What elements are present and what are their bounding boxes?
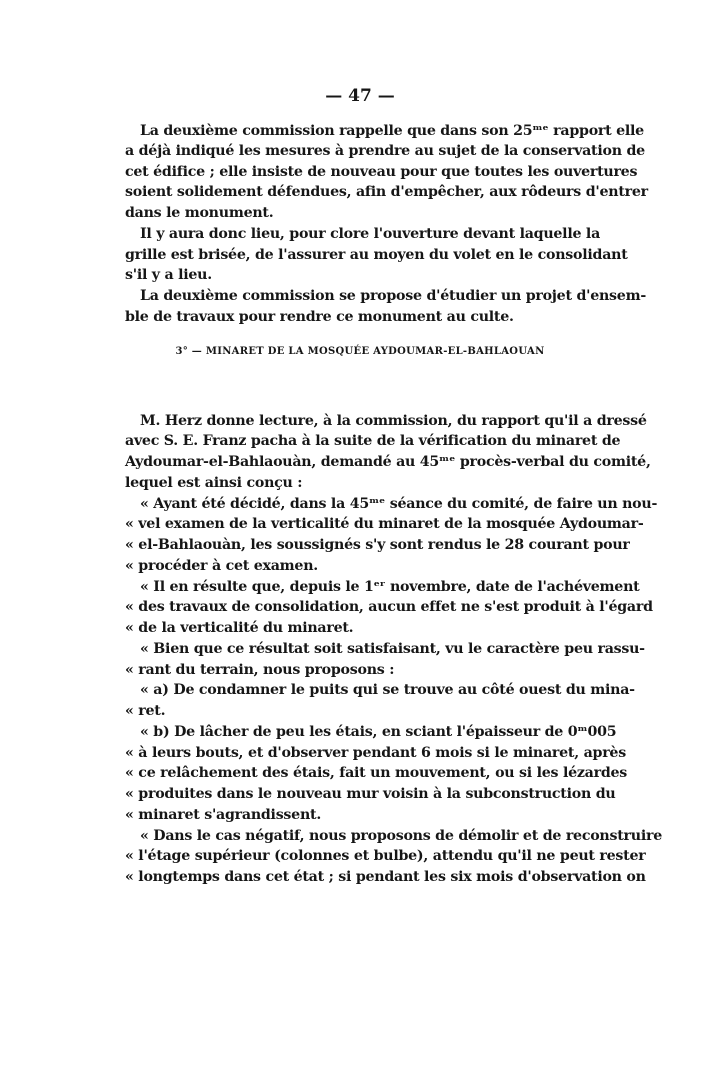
paragraph-line: « Il en résulte que, depuis le 1ᵉʳ novem… (140, 577, 599, 597)
paragraph-line: ble de travaux pour rendre ce monument a… (125, 307, 599, 327)
paragraph-line: « minaret s'agrandissent. (125, 805, 599, 825)
paragraph-line: « ret. (125, 701, 599, 721)
paragraph-line: M. Herz donne lecture, à la commission, … (140, 411, 599, 431)
paragraph-line: avec S. E. Franz pacha à la suite de la … (125, 431, 599, 451)
section-heading: 3° — MINARET DE LA MOSQUÉE AYDOUMAR-EL-B… (0, 346, 720, 357)
paragraph-line: « a) De condamner le puits qui se trouve… (140, 680, 599, 700)
paragraph-line: « vel examen de la verticalité du minare… (125, 514, 599, 534)
paragraph-line: s'il y a lieu. (125, 265, 599, 285)
paragraph-line: « rant du terrain, nous proposons : (125, 660, 599, 680)
paragraph-line: a déjà indiqué les mesures à prendre au … (125, 141, 599, 161)
paragraph-line: « el-Bahlaouàn, les soussignés s'y sont … (125, 535, 599, 555)
paragraph-line: La deuxième commission rappelle que dans… (140, 121, 599, 141)
paragraph-line: La deuxième commission se propose d'étud… (140, 286, 599, 306)
paragraph-line: « Bien que ce résultat soit satisfaisant… (140, 639, 599, 659)
paragraph-line: « b) De lâcher de peu les étais, en scia… (140, 722, 599, 742)
paragraph-line: soient solidement défendues, afin d'empê… (125, 182, 599, 202)
paragraph-line: Il y aura donc lieu, pour clore l'ouvert… (140, 224, 599, 244)
page-number: — 47 — (0, 86, 720, 106)
paragraph-line: « Ayant été décidé, dans la 45ᵐᵉ séance … (140, 494, 599, 514)
paragraph-line: « des travaux de consolidation, aucun ef… (125, 597, 599, 617)
paragraph-line: « l'étage supérieur (colonnes et bulbe),… (125, 846, 599, 866)
paragraph-line: « à leurs bouts, et d'observer pendant 6… (125, 743, 599, 763)
paragraph-line: dans le monument. (125, 203, 599, 223)
paragraph-line: « procéder à cet examen. (125, 556, 599, 576)
paragraph-line: Aydoumar-el-Bahlaouàn, demandé au 45ᵐᵉ p… (125, 452, 599, 472)
paragraph-line: « produites dans le nouveau mur voisin à… (125, 784, 599, 804)
document-page: — 47 — La deuxième commission rappelle q… (0, 0, 720, 1082)
paragraph-line: lequel est ainsi conçu : (125, 473, 599, 493)
paragraph-line: « de la verticalité du minaret. (125, 618, 599, 638)
paragraph-line: « longtemps dans cet état ; si pendant l… (125, 867, 599, 887)
paragraph-line: grille est brisée, de l'assurer au moyen… (125, 245, 599, 265)
paragraph-line: cet édifice ; elle insiste de nouveau po… (125, 162, 599, 182)
paragraph-line: « ce relâchement des étais, fait un mouv… (125, 763, 599, 783)
paragraph-line: « Dans le cas négatif, nous proposons de… (140, 826, 599, 846)
